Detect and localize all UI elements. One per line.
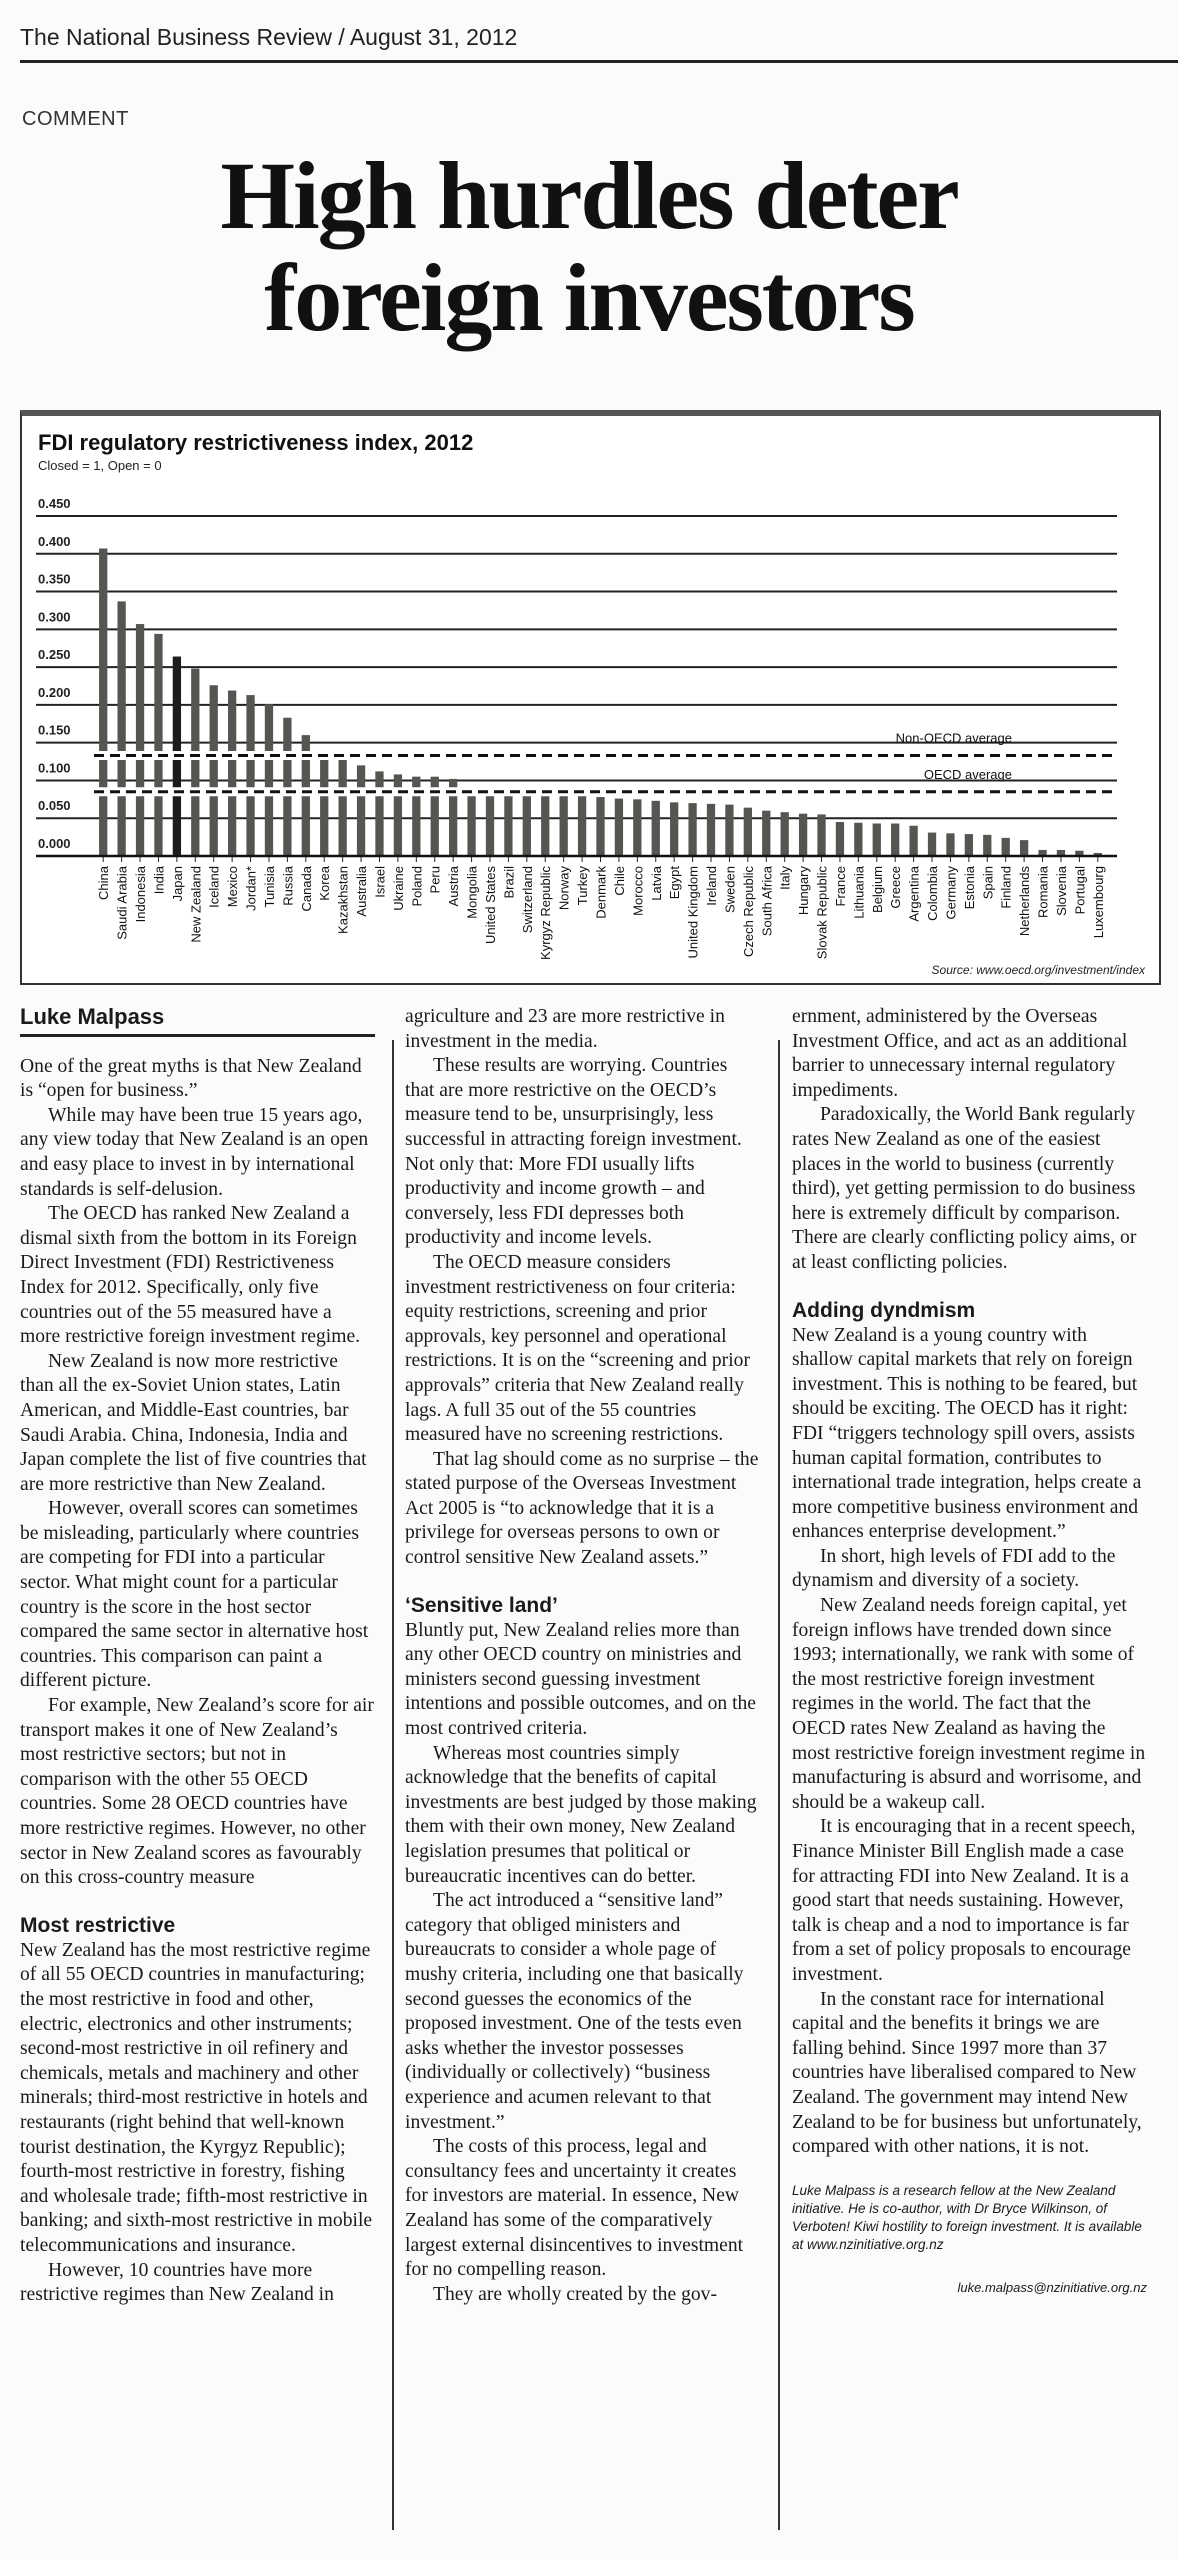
y-tick-label: 0.000 [38,836,71,851]
bar-mexico [228,691,236,856]
reference-line-label: OECD average [924,767,1012,782]
article-paragraph: In the constant race for international c… [792,1988,1147,2160]
bar-spain [983,835,991,856]
x-tick-label: South Africa [759,865,774,936]
bar-finland [1002,838,1010,856]
bar-morocco [633,799,641,856]
bar-iceland [210,685,218,856]
x-tick-label: Iceland [207,866,222,908]
article-paragraph: New Zealand is now more restrictive than… [20,1350,375,1498]
bar-egypt [670,802,678,856]
bar-brazil [504,793,512,856]
x-tick-label: Saudi Arabia [115,865,130,939]
bar-germany [946,833,954,856]
x-tick-label: Denmark [594,866,609,919]
article-paragraph: For example, New Zealand’s score for air… [20,1694,375,1891]
bar-jordan- [246,695,254,856]
x-tick-label: Argentina [907,865,922,921]
column-1-body: One of the great myths is that New Zeala… [20,1055,375,2308]
x-tick-label: Poland [409,866,424,906]
x-tick-label: New Zealand [188,866,203,943]
bar-chile [615,799,623,856]
article-paragraph: Paradoxically, the World Bank regularly … [792,1103,1147,1275]
x-tick-label: China [96,865,111,900]
bar-france [836,822,844,856]
x-tick-label: Sweden [722,866,737,913]
bar-tunisia [265,704,273,856]
x-tick-label: Kazakhstan [336,866,351,934]
x-tick-label: Australia [354,865,369,916]
headline-line-2: foreign investors [0,247,1178,349]
section-label: COMMENT [22,108,129,131]
x-tick-label: Hungary [796,866,811,916]
article-paragraph: Whereas most countries simply acknowledg… [405,1742,760,1890]
x-tick-label: Turkey [575,866,590,906]
x-tick-label: Russia [280,865,295,906]
article-paragraph: New Zealand is a young country with shal… [792,1324,1147,1545]
bar-estonia [965,834,973,856]
author-byline: Luke Malpass [20,1005,375,1037]
bar-sweden [725,805,733,856]
chart-subtitle: Closed = 1, Open = 0 [38,458,162,473]
x-tick-label: Switzerland [520,866,535,933]
x-tick-label: Greece [888,866,903,909]
headline-line-1: High hurdles deter [0,145,1178,247]
x-tick-label: Brazil [501,866,516,899]
y-tick-label: 0.050 [38,798,71,813]
column-2-body: agriculture and 23 are more restrictive … [405,1005,760,2307]
bar-united-kingdom [688,803,696,856]
article-column-1: Luke Malpass One of the great myths is t… [20,1005,375,2308]
reference-line-label: Non-OECD average [896,731,1012,746]
x-tick-label: Austria [446,865,461,906]
x-tick-label: Portugal [1072,866,1087,915]
x-tick-label: Germany [943,866,958,920]
headline: High hurdles deter foreign investors [0,145,1178,349]
x-tick-label: Chile [612,866,627,896]
x-tick-label: Mexico [225,866,240,907]
article-paragraph: These results are worrying. Countries th… [405,1054,760,1251]
x-tick-label: Japan [170,866,185,901]
bar-colombia [928,833,936,856]
section-subhead: Adding dyndmism [792,1298,1147,1324]
article-paragraph: ernment, administered by the Overseas In… [792,1005,1147,1103]
bar-korea [320,757,328,856]
article-paragraph: It is encouraging that in a recent speec… [792,1815,1147,1987]
bar-united-states [486,792,494,856]
bar-chart-canvas: 0.4500.4000.3500.3000.2500.2000.1500.100… [22,416,1159,985]
x-tick-label: Romania [1036,865,1051,918]
x-tick-label: Egypt [667,866,682,900]
bar-switzerland [523,793,531,856]
article-paragraph: New Zealand has the most restrictive reg… [20,1939,375,2259]
x-tick-label: France [833,866,848,906]
y-tick-label: 0.200 [38,685,71,700]
bar-argentina [909,826,917,856]
x-tick-label: Luxembourg [1091,866,1106,938]
x-tick-label: Netherlands [1017,866,1032,937]
x-tick-label: Norway [557,866,572,911]
author-email[interactable]: luke.malpass@nzinitiative.org.nz [792,2276,1147,2301]
article-paragraph: One of the great myths is that New Zeala… [20,1055,375,1104]
bar-ukraine [394,774,402,856]
article-paragraph: That lag should come as no surprise – th… [405,1448,760,1571]
article-column-3: ernment, administered by the Overseas In… [792,1005,1147,2300]
x-tick-label: Indonesia [133,865,148,922]
masthead: The National Business Review / August 31… [20,24,517,51]
bar-kyrgyz-republic [541,793,549,856]
x-tick-label: Israel [372,866,387,898]
section-subhead: ‘Sensitive land’ [405,1593,760,1619]
article-paragraph: However, overall scores can sometimes be… [20,1497,375,1694]
x-tick-label: Colombia [925,865,940,921]
article-paragraph: However, 10 countries have more restrict… [20,2259,375,2308]
x-tick-label: Finland [999,866,1014,909]
bar-indonesia [136,624,144,856]
bar-kazakhstan [339,757,347,856]
bar-russia [283,718,291,856]
x-tick-label: Czech Republic [741,866,756,958]
x-tick-label: Morocco [630,866,645,916]
x-tick-label: India [151,865,166,894]
x-tick-label: Korea [317,865,332,900]
y-tick-label: 0.350 [38,572,71,587]
bar-hungary [799,814,807,856]
article-paragraph: The act introduced a “sensitive land” ca… [405,1889,760,2135]
x-tick-label: Latvia [649,865,664,900]
bar-israel [375,771,383,856]
article-paragraph: The OECD measure considers investment re… [405,1251,760,1448]
y-tick-label: 0.450 [38,496,71,511]
x-tick-label: Canada [299,865,314,911]
x-tick-label: Mongolia [465,865,480,919]
x-tick-label: Spain [980,866,995,899]
x-tick-label: Slovak Republic [815,866,830,960]
article-paragraph: Bluntly put, New Zealand relies more tha… [405,1619,760,1742]
column-divider [778,1040,780,2530]
bar-turkey [578,796,586,856]
y-tick-label: 0.100 [38,760,71,775]
bar-latvia [652,801,660,856]
article-paragraph: The OECD has ranked New Zealand a dismal… [20,1202,375,1350]
x-tick-label: United States [483,866,498,945]
x-tick-label: Estonia [962,865,977,909]
x-tick-label: Ireland [704,866,719,906]
bar-belgium [873,824,881,856]
x-tick-label: Ukraine [391,866,406,911]
bar-saudi-arabia [117,601,125,856]
y-tick-label: 0.400 [38,534,71,549]
column-3-body: ernment, administered by the Overseas In… [792,1005,1147,2160]
bar-italy [781,812,789,856]
bar-czech-republic [744,808,752,856]
x-tick-label: Kyrgyz Republic [538,866,553,960]
fdi-chart: 0.4500.4000.3500.3000.2500.2000.1500.100… [20,410,1161,985]
bar-australia [357,765,365,856]
article-paragraph: In short, high levels of FDI add to the … [792,1545,1147,1594]
bar-india [154,634,162,856]
x-tick-label: Jordan* [244,866,259,911]
bar-lithuania [854,823,862,856]
article-paragraph: The costs of this process, legal and con… [405,2135,760,2283]
masthead-rule [20,60,1178,63]
x-tick-label: Italy [778,866,793,890]
column-divider [392,1040,394,2530]
y-tick-label: 0.150 [38,723,71,738]
x-tick-label: United Kingdom [686,866,701,959]
article-paragraph: agriculture and 23 are more restrictive … [405,1005,760,1054]
article-paragraph: While may have been true 15 years ago, a… [20,1104,375,1202]
bar-denmark [596,797,604,856]
bar-mongolia [467,788,475,856]
article-paragraph: They are wholly created by the gov- [405,2283,760,2308]
chart-title: FDI regulatory restrictiveness index, 20… [38,430,473,456]
bar-norway [560,795,568,856]
bar-china [99,548,107,856]
author-bio: Luke Malpass is a research fellow at the… [792,2182,1147,2254]
section-subhead: Most restrictive [20,1913,375,1939]
bar-slovak-republic [817,814,825,856]
bar-greece [891,824,899,856]
bar-ireland [707,804,715,856]
x-tick-label: Tunisia [262,865,277,907]
x-tick-label: Belgium [870,866,885,913]
x-tick-label: Peru [428,866,443,893]
chart-source: Source: www.oecd.org/investment/index [932,963,1145,977]
y-tick-label: 0.300 [38,609,71,624]
article-paragraph: New Zealand needs foreign capital, yet f… [792,1594,1147,1815]
bar-south-africa [762,811,770,856]
x-tick-label: Lithuania [851,865,866,919]
x-tick-label: Slovenia [1054,865,1069,916]
bar-netherlands [1020,840,1028,856]
article-column-2: agriculture and 23 are more restrictive … [405,1005,760,2307]
bar-new-zealand [191,669,199,856]
y-tick-label: 0.250 [38,647,71,662]
